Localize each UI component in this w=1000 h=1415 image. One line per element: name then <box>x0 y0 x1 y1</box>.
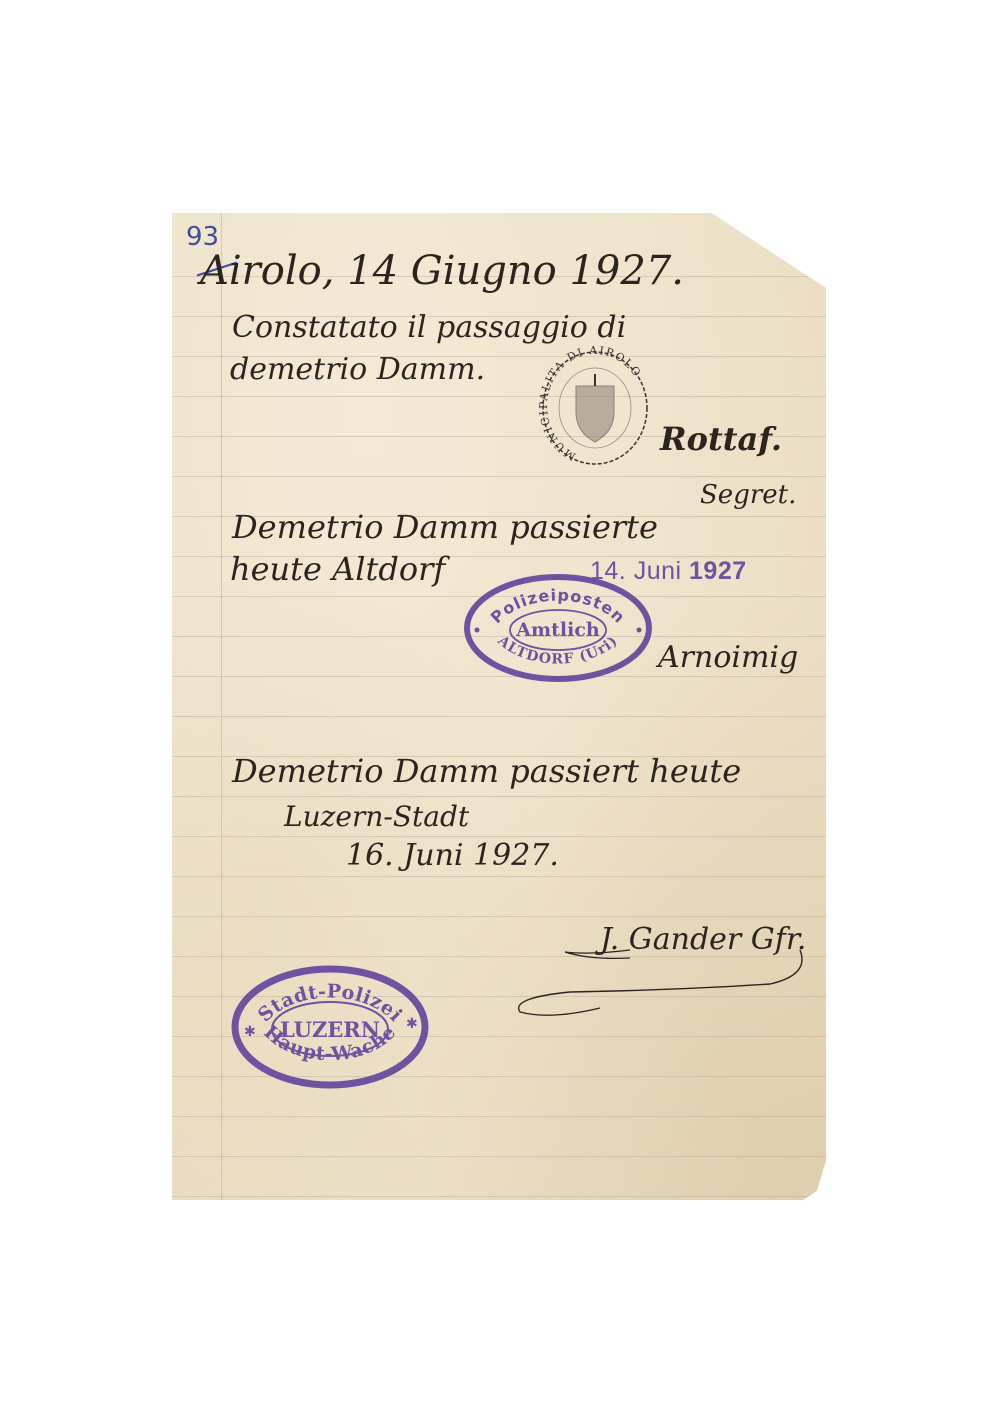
ruled-line <box>172 396 826 397</box>
signature-flourish <box>510 920 810 1020</box>
margin-line <box>221 213 222 1200</box>
entry-altdorf-line1: Demetrio Damm passierte <box>232 508 658 546</box>
entry-luzern-line3: 16. Juni 1927. <box>346 838 559 873</box>
ruled-line <box>172 716 826 717</box>
police-stamp-luzern: Stadt-Polizei LUZERN Haupt-Wache ✱ ✱ <box>230 962 430 1092</box>
ruled-line <box>172 1116 826 1117</box>
police-stamp-altdorf: Polizeiposten Amtlich ALTDORF (Uri) <box>462 572 654 684</box>
entry-airolo-title: Segret. <box>700 480 796 510</box>
svg-text:✱: ✱ <box>244 1024 256 1040</box>
ruled-line <box>172 876 826 877</box>
municipal-seal-airolo: MUNICIPALITA DI AIROLO <box>540 350 650 470</box>
ruled-line <box>172 796 826 797</box>
entry-altdorf-line2: heute Altdorf <box>230 550 445 588</box>
ruled-line <box>172 916 826 917</box>
entry-luzern-line2: Luzern-Stadt <box>284 800 469 833</box>
entry-airolo-line1: Constatato il passaggio di <box>232 310 626 345</box>
shield-emblem-icon <box>576 374 614 442</box>
entry-airolo-signature: Rottaf. <box>660 420 782 458</box>
date-stamp-year: 1927 <box>689 557 747 585</box>
ruled-line <box>172 476 826 477</box>
svg-text:✱: ✱ <box>406 1016 418 1032</box>
entry-altdorf-signature: Arnoimig <box>658 640 798 675</box>
entry-airolo-place-date: Airolo, 14 Giugno 1927. <box>200 248 684 294</box>
entry-luzern-line1: Demetrio Damm passiert heute <box>232 752 741 790</box>
ruled-line <box>172 1156 826 1157</box>
ruled-line <box>172 836 826 837</box>
ruled-line <box>172 1196 826 1197</box>
svg-text:Amtlich: Amtlich <box>515 619 600 641</box>
entry-airolo-line2: demetrio Damm. <box>230 352 485 387</box>
